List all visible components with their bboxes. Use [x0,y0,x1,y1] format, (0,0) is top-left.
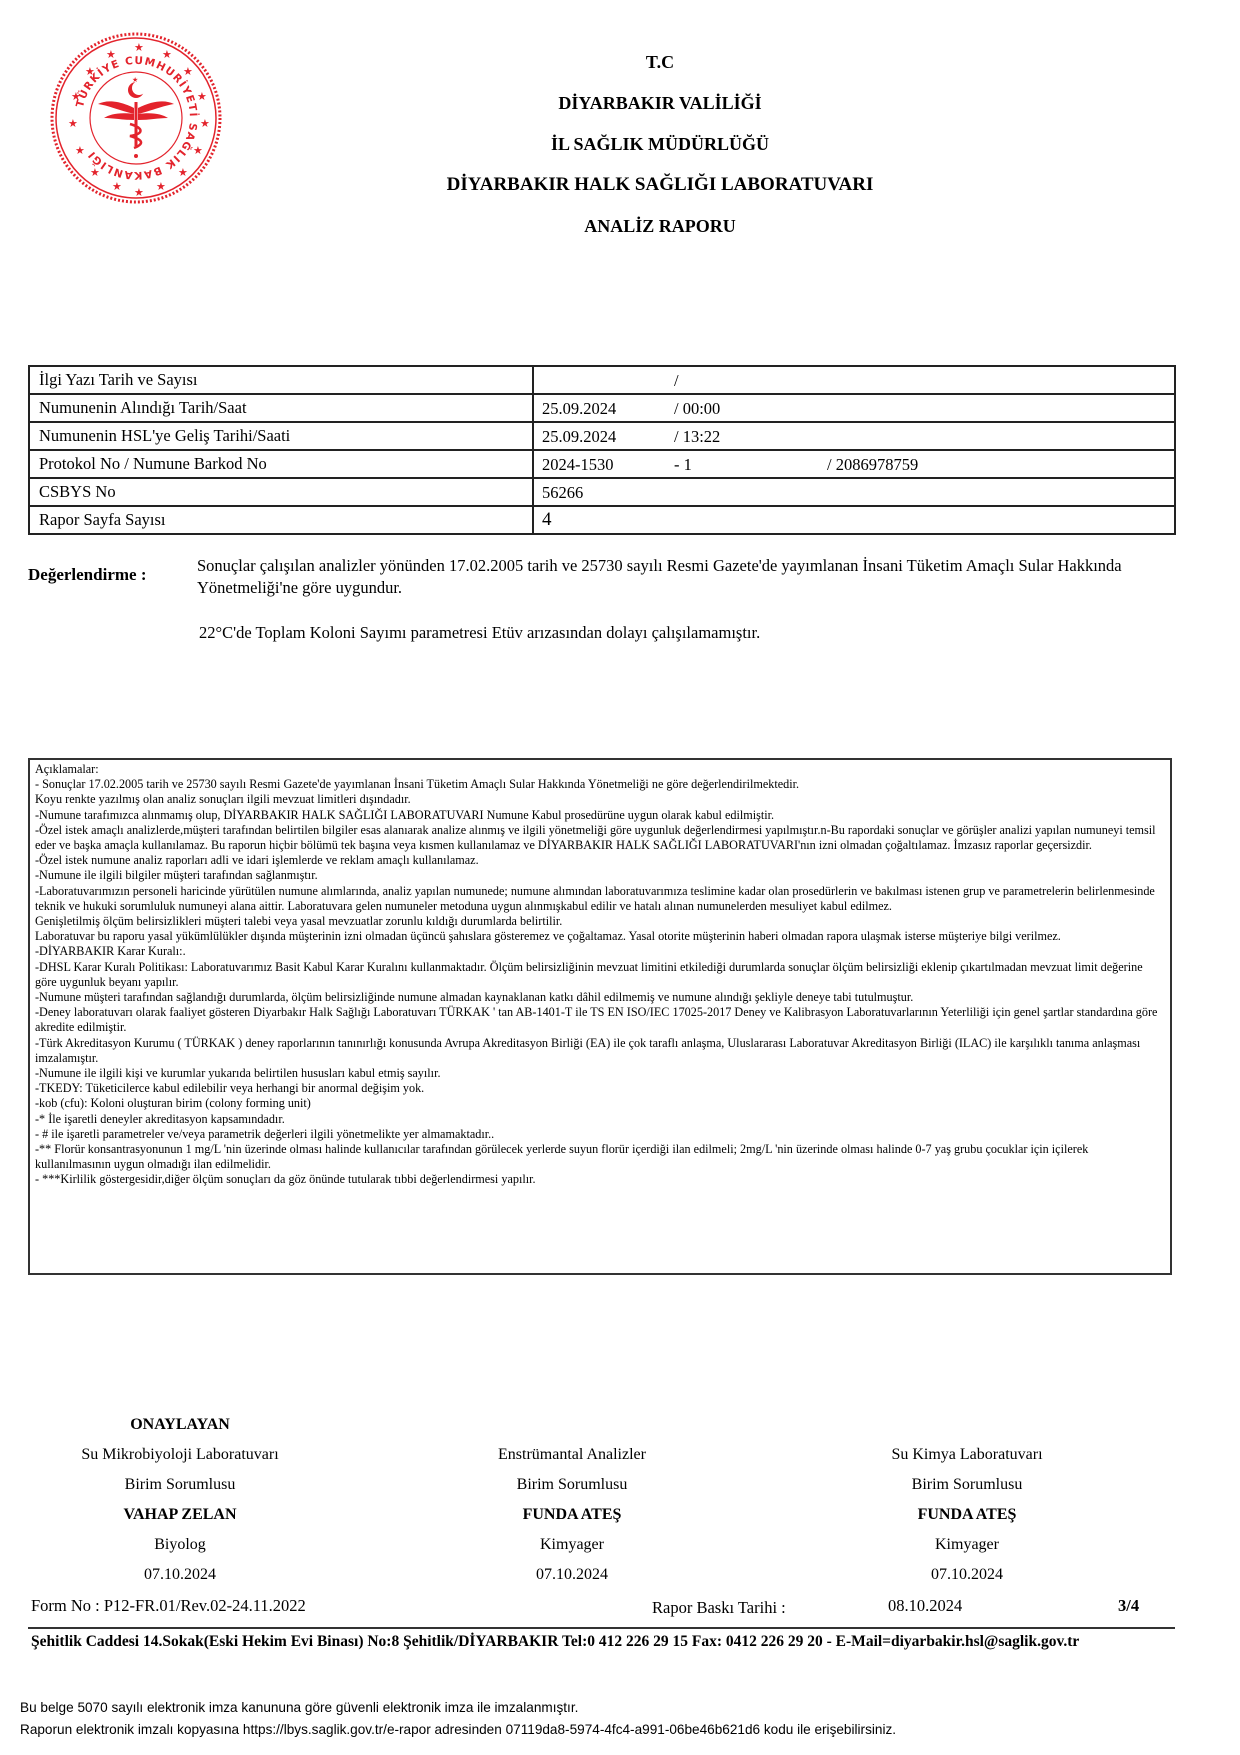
header-governorship: DİYARBAKIR VALİLİĞİ [300,93,1020,134]
row-value: 25.09.2024 / 00:00 [533,394,1175,422]
signature-block-instrumental: Enstrümantal Analizler Birim Sorumlusu F… [392,1410,752,1590]
row-label: CSBYS No [29,478,533,506]
header-health-directorate: İL SAĞLIK MÜDÜRLÜĞÜ [300,134,1020,175]
note-item: Koyu renkte yazılmış olan analiz sonuçla… [35,792,1165,807]
signature-unit: Su Mikrobiyoloji Laboratuvarı [0,1440,360,1470]
signature-name: FUNDA ATEŞ [392,1500,752,1530]
svg-text:★: ★ [183,65,193,78]
note-item: -Numune ile ilgili kişi ve kurumlar yuka… [35,1066,1165,1081]
evaluation-note: 22°C'de Toplam Koloni Sayımı parametresi… [199,623,760,643]
signature-profession: Biyolog [0,1530,360,1560]
explanations-box: Açıklamalar: - Sonuçlar 17.02.2005 tarih… [28,758,1172,1275]
row-label: İlgi Yazı Tarih ve Sayısı [29,366,533,394]
row-label: Numunenin HSL'ye Geliş Tarihi/Saati [29,422,533,450]
svg-text:★: ★ [134,186,144,199]
report-title: ANALİZ RAPORU [300,216,1020,257]
ministry-of-health-seal-icon: ★★★ ★★ ★★ ★★ ★★ ★★ ★★ ★ TÜRKİYE CUMHURİY… [48,30,224,206]
signature-date: 07.10.2024 [0,1560,360,1590]
svg-text:★: ★ [178,166,188,179]
note-item: Laboratuvar bu raporu yasal yükümlülükle… [35,929,1165,944]
e-signature-notice: Bu belge 5070 sayılı elektronik imza kan… [20,1700,578,1715]
table-row: Numunenin Alındığı Tarih/Saat 25.09.2024… [29,394,1175,422]
row-value: 56266 [533,478,1175,506]
note-item: - ***Kirlilik göstergesidir,diğer ölçüm … [35,1172,1165,1187]
row-label: Rapor Sayfa Sayısı [29,506,533,534]
table-row: Numunenin HSL'ye Geliş Tarihi/Saati 25.0… [29,422,1175,450]
row-label: Numunenin Alındığı Tarih/Saat [29,394,533,422]
header-laboratory: DİYARBAKIR HALK SAĞLIĞI LABORATUVARI [300,175,1020,216]
signature-role: Birim Sorumlusu [787,1470,1147,1500]
signature-name: FUNDA ATEŞ [787,1500,1147,1530]
svg-text:★: ★ [193,144,203,157]
note-item: -kob (cfu): Koloni oluşturan birim (colo… [35,1096,1165,1111]
svg-text:★: ★ [112,180,122,193]
svg-text:★: ★ [134,41,144,54]
print-date: 08.10.2024 [888,1596,962,1616]
approver-title: ONAYLAYAN [0,1410,360,1440]
signature-name: VAHAP ZELAN [0,1500,360,1530]
note-item: Genişletilmiş ölçüm belirsizlikleri müşt… [35,914,1165,929]
table-row: CSBYS No 56266 [29,478,1175,506]
table-row: İlgi Yazı Tarih ve Sayısı / [29,366,1175,394]
row-value: 4 [533,506,1175,534]
print-date-label: Rapor Baskı Tarihi : [652,1598,786,1618]
note-item: -Numune ile ilgili bilgiler müşteri tara… [35,868,1165,883]
note-item: -Numune tarafımızca alınmamış olup, DİYA… [35,808,1165,823]
note-item: -DHSL Karar Kuralı Politikası: Laboratuv… [35,960,1165,990]
note-item: -** Florür konsantrasyonunun 1 mg/L 'nin… [35,1142,1165,1172]
note-item: -DİYARBAKIR Karar Kuralı:. [35,944,1165,959]
row-value: / [533,366,1175,394]
note-item: -Laboratuvarımızın personeli haricinde y… [35,884,1165,914]
row-value: 2024-1530 - 1 / 2086978759 [533,450,1175,478]
signature-block-chemistry: Su Kimya Laboratuvarı Birim Sorumlusu FU… [787,1410,1147,1590]
lab-address: Şehitlik Caddesi 14.Sokak(Eski Hekim Evi… [31,1631,1171,1652]
row-value: 25.09.2024 / 13:22 [533,422,1175,450]
svg-text:★: ★ [156,180,166,193]
svg-text:★: ★ [162,48,172,61]
signature-profession: Kimyager [787,1530,1147,1560]
svg-text:★: ★ [68,117,78,130]
evaluation-text: Sonuçlar çalışılan analizler yönünden 17… [197,555,1187,599]
page-number: 3/4 [1118,1596,1139,1616]
table-row: Protokol No / Numune Barkod No 2024-1530… [29,450,1175,478]
report-header: T.C DİYARBAKIR VALİLİĞİ İL SAĞLIK MÜDÜRL… [300,52,1020,257]
signature-role: Birim Sorumlusu [392,1470,752,1500]
svg-text:★: ★ [197,90,207,103]
signature-unit: Enstrümantal Analizler [392,1440,752,1470]
note-item: -Numune müşteri tarafından sağlandığı du… [35,990,1165,1005]
evaluation-label: Değerlendirme : [28,565,146,585]
notes-heading: Açıklamalar: [35,762,1165,777]
svg-text:★: ★ [200,117,210,130]
signature-date: 07.10.2024 [787,1560,1147,1590]
sample-info-table: İlgi Yazı Tarih ve Sayısı / Numunenin Al… [28,365,1176,535]
e-report-verification: Raporun elektronik imzalı kopyasına http… [20,1722,896,1737]
header-tc: T.C [300,52,1020,93]
note-item: -Özel istek numune analiz raporları adli… [35,853,1165,868]
signature-block-microbiology: ONAYLAYAN Su Mikrobiyoloji Laboratuvarı … [0,1410,360,1590]
signature-date: 07.10.2024 [392,1560,752,1590]
note-item: - # ile işaretli parametreler ve/veya pa… [35,1127,1165,1142]
note-item: - Sonuçlar 17.02.2005 tarih ve 25730 say… [35,777,1165,792]
footer-divider [28,1627,1175,1629]
note-item: -TKEDY: Tüketicilerce kabul edilebilir v… [35,1081,1165,1096]
signature-role: Birim Sorumlusu [0,1470,360,1500]
svg-text:★: ★ [75,144,85,157]
svg-text:★: ★ [132,76,138,84]
note-item: -Türk Akreditasyon Kurumu ( TÜRKAK ) den… [35,1036,1165,1066]
form-number: Form No : P12-FR.01/Rev.02-24.11.2022 [31,1596,306,1616]
table-row: Rapor Sayfa Sayısı 4 [29,506,1175,534]
note-item: -Özel istek amaçlı analizlerde,müşteri t… [35,823,1165,853]
signature-unit: Su Kimya Laboratuvarı [787,1440,1147,1470]
note-item: -* İle işaretli deneyler akreditasyon ka… [35,1112,1165,1127]
row-label: Protokol No / Numune Barkod No [29,450,533,478]
note-item: -Deney laboratuvarı olarak faaliyet göst… [35,1005,1165,1035]
signature-profession: Kimyager [392,1530,752,1560]
